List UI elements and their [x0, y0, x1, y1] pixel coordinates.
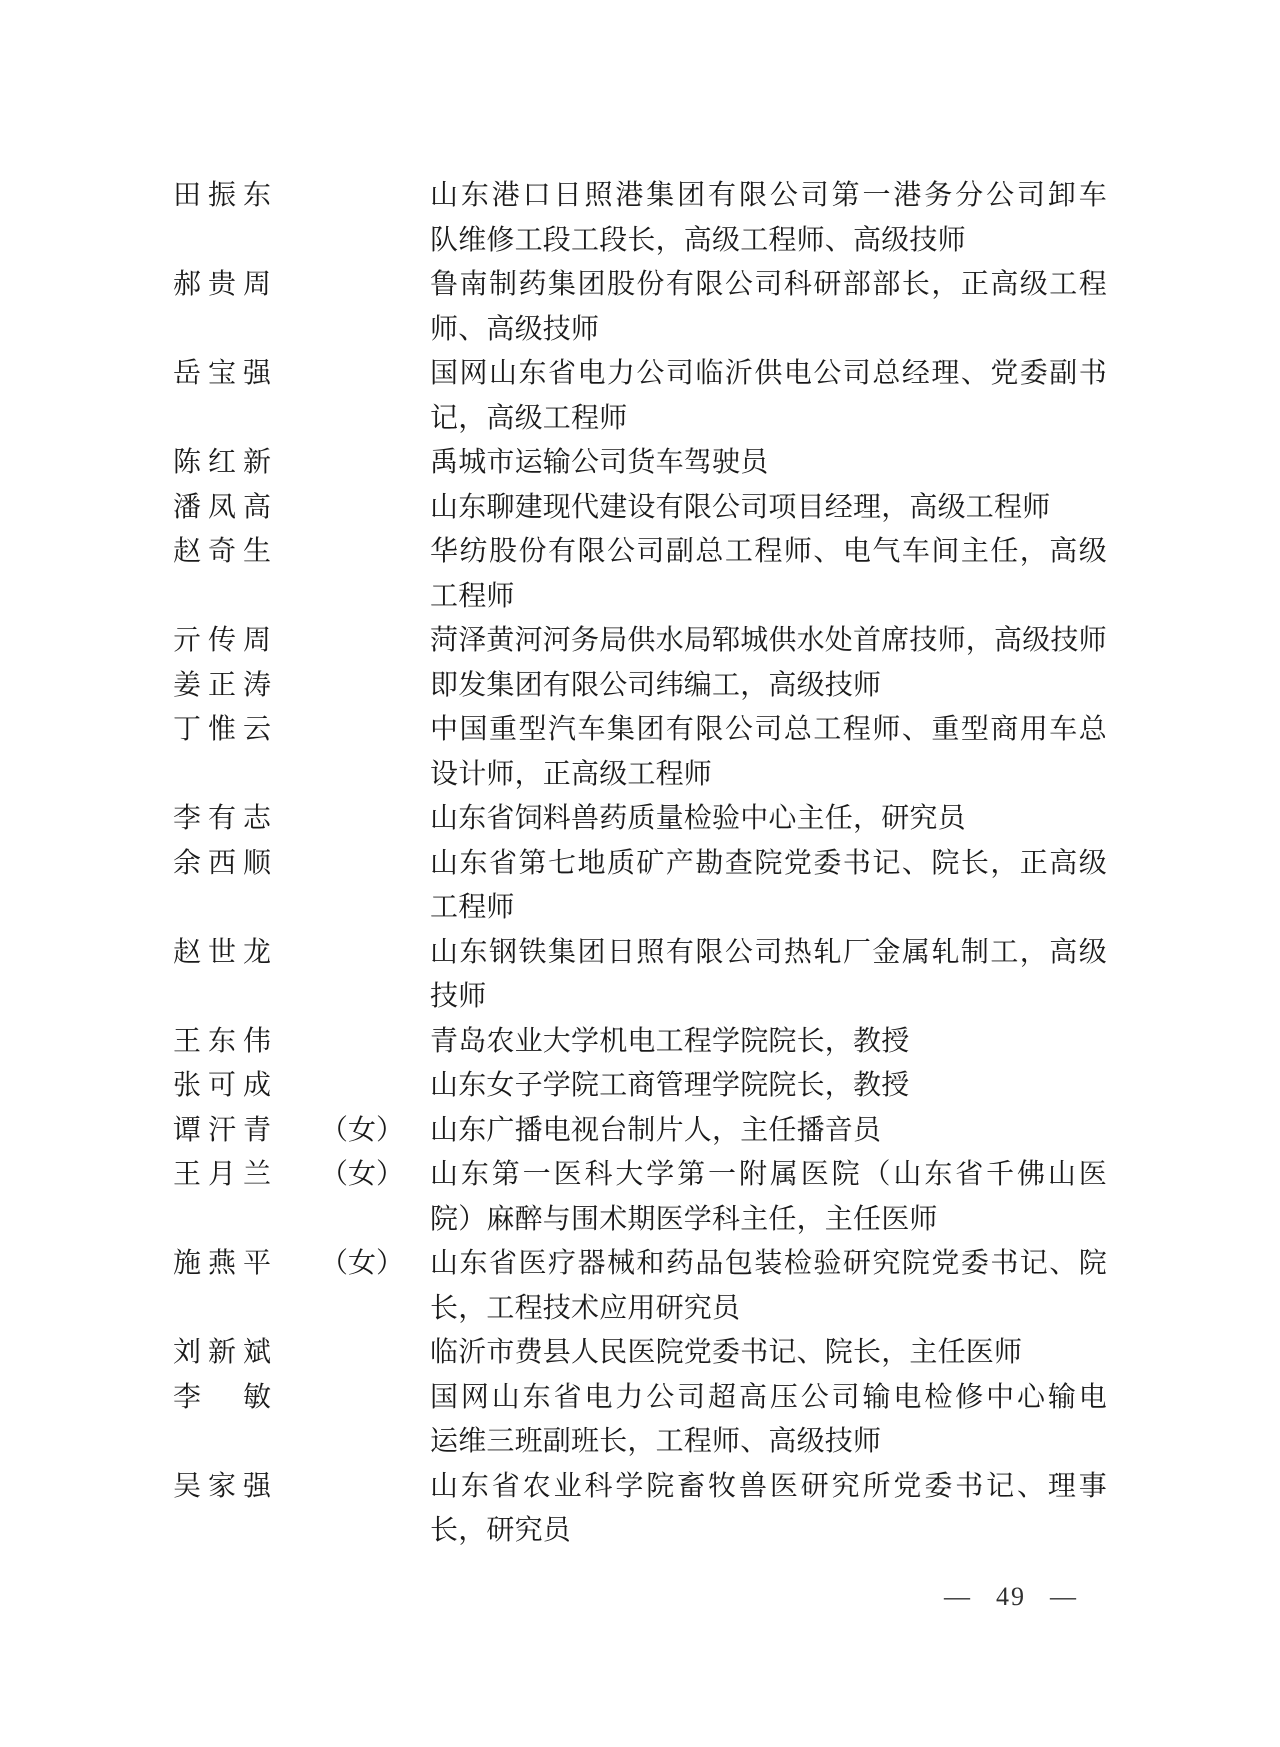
gender-marker: （女） — [320, 1109, 430, 1154]
entry-row: 亓传周 菏泽黄河河务局供水局郓城供水处首席技师，高级技师 — [173, 619, 1107, 664]
description-line: 院）麻醉与围术期医学科主任，主任医师 — [430, 1198, 1107, 1243]
person-name: 丁惟云 — [173, 708, 320, 753]
entry-row: 谭汗青 （女） 山东广播电视台制片人，主任播音员 — [173, 1109, 1107, 1154]
person-name: 王月兰 — [173, 1153, 320, 1198]
person-name: 李有志 — [173, 797, 320, 842]
description-line: 山东省医疗器械和药品包装检验研究院党委书记、院 — [430, 1242, 1107, 1287]
footer-right-dash: — — [1050, 1582, 1078, 1612]
entry-row: 潘凤高 山东聊建现代建设有限公司项目经理，高级工程师 — [173, 486, 1107, 531]
entry-row: 岳宝强 国网山东省电力公司临沂供电公司总经理、党委副书记，高级工程师 — [173, 352, 1107, 441]
description-line: 国网山东省电力公司超高压公司输电检修中心输电 — [430, 1376, 1107, 1421]
entry-row: 李有志 山东省饲料兽药质量检验中心主任，研究员 — [173, 797, 1107, 842]
entry-row: 陈红新 禹城市运输公司货车驾驶员 — [173, 441, 1107, 486]
person-name: 陈红新 — [173, 441, 320, 486]
footer-left-dash: — — [944, 1582, 972, 1612]
description: 鲁南制药集团股份有限公司科研部部长，正高级工程师、高级技师 — [430, 263, 1107, 352]
description: 山东省医疗器械和药品包装检验研究院党委书记、院长，工程技术应用研究员 — [430, 1242, 1107, 1331]
person-name: 岳宝强 — [173, 352, 320, 397]
person-name: 亓传周 — [173, 619, 320, 664]
description: 即发集团有限公司纬编工，高级技师 — [430, 664, 1107, 709]
description-line: 中国重型汽车集团有限公司总工程师、重型商用车总 — [430, 708, 1107, 753]
entry-row: 刘新斌 临沂市费县人民医院党委书记、院长，主任医师 — [173, 1331, 1107, 1376]
description: 禹城市运输公司货车驾驶员 — [430, 441, 1107, 486]
description-line: 山东港口日照港集团有限公司第一港务分公司卸车 — [430, 174, 1107, 219]
description-line: 设计师，正高级工程师 — [430, 753, 1107, 798]
person-name: 余西顺 — [173, 842, 320, 887]
description: 华纺股份有限公司副总工程师、电气车间主任，高级工程师 — [430, 530, 1107, 619]
description: 山东广播电视台制片人，主任播音员 — [430, 1109, 1107, 1154]
entry-row: 郝贵周 鲁南制药集团股份有限公司科研部部长，正高级工程师、高级技师 — [173, 263, 1107, 352]
description-line: 菏泽黄河河务局供水局郓城供水处首席技师，高级技师 — [430, 619, 1107, 664]
description-line: 华纺股份有限公司副总工程师、电气车间主任，高级 — [430, 530, 1107, 575]
document-page: 田振东 山东港口日照港集团有限公司第一港务分公司卸车队维修工段工段长，高级工程师… — [0, 0, 1280, 1747]
description: 山东第一医科大学第一附属医院（山东省千佛山医院）麻醉与围术期医学科主任，主任医师 — [430, 1153, 1107, 1242]
entry-row: 张可成 山东女子学院工商管理学院院长，教授 — [173, 1064, 1107, 1109]
entry-row: 赵奇生 华纺股份有限公司副总工程师、电气车间主任，高级工程师 — [173, 530, 1107, 619]
description: 临沂市费县人民医院党委书记、院长，主任医师 — [430, 1331, 1107, 1376]
description: 山东省农业科学院畜牧兽医研究所党委书记、理事长，研究员 — [430, 1465, 1107, 1554]
description-line: 鲁南制药集团股份有限公司科研部部长，正高级工程 — [430, 263, 1107, 308]
person-name: 赵世龙 — [173, 931, 320, 976]
description-line: 技师 — [430, 975, 1107, 1020]
entry-row: 丁惟云 中国重型汽车集团有限公司总工程师、重型商用车总设计师，正高级工程师 — [173, 708, 1107, 797]
description-line: 禹城市运输公司货车驾驶员 — [430, 441, 1107, 486]
person-name: 田振东 — [173, 174, 320, 219]
recipients-list: 田振东 山东港口日照港集团有限公司第一港务分公司卸车队维修工段工段长，高级工程师… — [173, 174, 1107, 1554]
description-line: 国网山东省电力公司临沂供电公司总经理、党委副书 — [430, 352, 1107, 397]
description: 中国重型汽车集团有限公司总工程师、重型商用车总设计师，正高级工程师 — [430, 708, 1107, 797]
person-name: 潘凤高 — [173, 486, 320, 531]
page-number: 49 — [996, 1582, 1026, 1612]
description-line: 即发集团有限公司纬编工，高级技师 — [430, 664, 1107, 709]
person-name: 刘新斌 — [173, 1331, 320, 1376]
description-line: 临沂市费县人民医院党委书记、院长，主任医师 — [430, 1331, 1107, 1376]
description: 山东钢铁集团日照有限公司热轧厂金属轧制工，高级技师 — [430, 931, 1107, 1020]
description: 国网山东省电力公司超高压公司输电检修中心输电运维三班副班长，工程师、高级技师 — [430, 1376, 1107, 1465]
person-name: 郝贵周 — [173, 263, 320, 308]
entry-row: 李 敏 国网山东省电力公司超高压公司输电检修中心输电运维三班副班长，工程师、高级… — [173, 1376, 1107, 1465]
description: 山东省饲料兽药质量检验中心主任，研究员 — [430, 797, 1107, 842]
person-name: 谭汗青 — [173, 1109, 320, 1154]
person-name: 姜正涛 — [173, 664, 320, 709]
page-footer: — 49 — — [944, 1582, 1078, 1612]
description: 山东聊建现代建设有限公司项目经理，高级工程师 — [430, 486, 1107, 531]
description-line: 青岛农业大学机电工程学院院长，教授 — [430, 1020, 1107, 1065]
description: 山东女子学院工商管理学院院长，教授 — [430, 1064, 1107, 1109]
description-line: 山东省农业科学院畜牧兽医研究所党委书记、理事 — [430, 1465, 1107, 1510]
person-name: 王东伟 — [173, 1020, 320, 1065]
description: 山东港口日照港集团有限公司第一港务分公司卸车队维修工段工段长，高级工程师、高级技… — [430, 174, 1107, 263]
person-name: 李 敏 — [173, 1376, 320, 1421]
entry-row: 田振东 山东港口日照港集团有限公司第一港务分公司卸车队维修工段工段长，高级工程师… — [173, 174, 1107, 263]
entry-row: 赵世龙 山东钢铁集团日照有限公司热轧厂金属轧制工，高级技师 — [173, 931, 1107, 1020]
description-line: 山东省饲料兽药质量检验中心主任，研究员 — [430, 797, 1107, 842]
description-line: 长，研究员 — [430, 1509, 1107, 1554]
entry-row: 施燕平 （女） 山东省医疗器械和药品包装检验研究院党委书记、院长，工程技术应用研… — [173, 1242, 1107, 1331]
description: 青岛农业大学机电工程学院院长，教授 — [430, 1020, 1107, 1065]
description-line: 师、高级技师 — [430, 308, 1107, 353]
description-line: 长，工程技术应用研究员 — [430, 1287, 1107, 1332]
description: 菏泽黄河河务局供水局郓城供水处首席技师，高级技师 — [430, 619, 1107, 664]
description-line: 工程师 — [430, 575, 1107, 620]
description-line: 山东女子学院工商管理学院院长，教授 — [430, 1064, 1107, 1109]
description-line: 山东钢铁集团日照有限公司热轧厂金属轧制工，高级 — [430, 931, 1107, 976]
entry-row: 余西顺 山东省第七地质矿产勘查院党委书记、院长，正高级工程师 — [173, 842, 1107, 931]
entry-row: 姜正涛 即发集团有限公司纬编工，高级技师 — [173, 664, 1107, 709]
gender-marker: （女） — [320, 1242, 430, 1287]
description-line: 山东聊建现代建设有限公司项目经理，高级工程师 — [430, 486, 1107, 531]
description-line: 山东省第七地质矿产勘查院党委书记、院长，正高级 — [430, 842, 1107, 887]
description-line: 工程师 — [430, 886, 1107, 931]
description-line: 队维修工段工段长，高级工程师、高级技师 — [430, 219, 1107, 264]
description-line: 运维三班副班长，工程师、高级技师 — [430, 1420, 1107, 1465]
description: 山东省第七地质矿产勘查院党委书记、院长，正高级工程师 — [430, 842, 1107, 931]
description: 国网山东省电力公司临沂供电公司总经理、党委副书记，高级工程师 — [430, 352, 1107, 441]
entry-row: 吴家强 山东省农业科学院畜牧兽医研究所党委书记、理事长，研究员 — [173, 1465, 1107, 1554]
person-name: 张可成 — [173, 1064, 320, 1109]
entry-row: 王东伟 青岛农业大学机电工程学院院长，教授 — [173, 1020, 1107, 1065]
description-line: 山东广播电视台制片人，主任播音员 — [430, 1109, 1107, 1154]
person-name: 赵奇生 — [173, 530, 320, 575]
entry-row: 王月兰 （女） 山东第一医科大学第一附属医院（山东省千佛山医院）麻醉与围术期医学… — [173, 1153, 1107, 1242]
person-name: 吴家强 — [173, 1465, 320, 1510]
person-name: 施燕平 — [173, 1242, 320, 1287]
description-line: 山东第一医科大学第一附属医院（山东省千佛山医 — [430, 1153, 1107, 1198]
gender-marker: （女） — [320, 1153, 430, 1198]
description-line: 记，高级工程师 — [430, 397, 1107, 442]
